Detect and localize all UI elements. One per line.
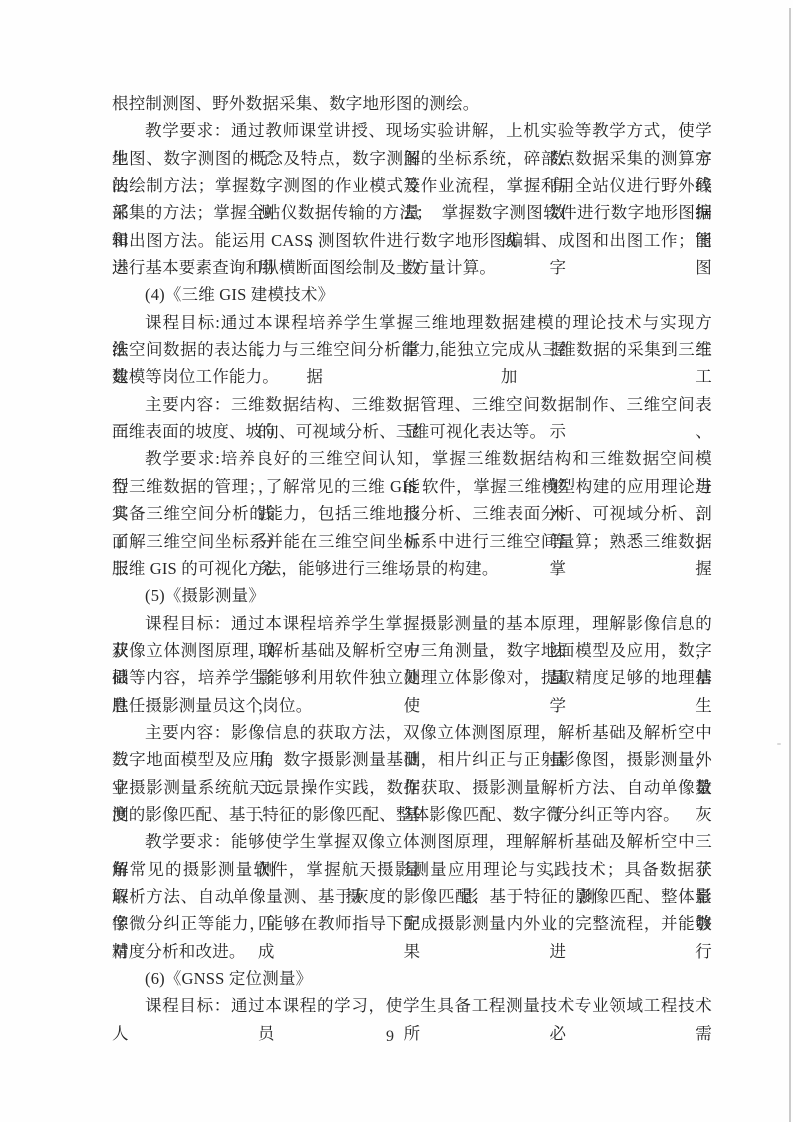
text-line: 度的影像匹配、基于特征的影像匹配、整体影像匹配、数字微分纠正等内容。 — [112, 801, 712, 828]
text-line: 课程目标：通过本课程的学习，使学生具备工程测量技术专业领域工程技术人员所必需 — [112, 992, 712, 1019]
text-line: 础等内容，培养学生能够利用软件独立处理立体影像对，提取精度足够的地理信息，使学生 — [112, 664, 712, 691]
text-line: 教学要求：能够使学生掌握双像立体测图原理，理解解析基础及解析空中三角测量，了 — [112, 828, 712, 855]
text-line: 地图、数字测图的概念及特点，数字测图的坐标系统，碎部点数据采集的测算方法，等高线 — [112, 145, 712, 172]
text-line: 解析方法、自动单像量测、基于灰度的影像匹配、基于特征的影像匹配、整体影像匹配、数 — [112, 883, 712, 910]
text-line: 根控制测图、野外数据采集、数字地形图的测绘。 — [112, 90, 712, 117]
text-line: 教学要求：通过教师课堂讲授、现场实验讲解，上机实验等教学方式，使学生了解数字 — [112, 117, 712, 144]
text-line: 数字地面模型及应用，数字摄影测量基础，相片纠正与正射影像图，摄影测量外业工作，数 — [112, 746, 712, 773]
text-line: 主要内容：影像信息的获取方法，双像立体测图原理，解析基础及解析空中三角测量， — [112, 719, 712, 746]
text-line: 课程目标:通过本课程培养学生掌握三维地理数据建模的理论技术与实现方法，掌握三 — [112, 309, 712, 336]
text-line: 了解三维空间坐标系并能在三维空间坐标系中进行三维空间量算；熟悉三维数据服务，掌握 — [112, 528, 712, 555]
text-line: 课程目标：通过本课程培养学生掌握摄影测量的基本原理，理解影像信息的获取方法， — [112, 610, 712, 637]
scan-edge-artifact — [789, 8, 791, 1122]
text-line: 和出图方法。能运用 CASS 测图软件进行数字地形图编辑、成图和出图工作；能运用… — [112, 227, 712, 254]
text-line: (4)《三维 GIS 建模技术》 — [112, 281, 712, 308]
text-line: 主要内容：三维数据结构、三维数据管理、三维空间数据制作、三维空间表面的显示、 — [112, 391, 712, 418]
text-line: 字微分纠正等能力，能够在教师指导下完成摄影测量内外业的完整流程，并能够对成果进行 — [112, 910, 712, 937]
text-line: 的绘制方法；掌握数字测图的作业模式及作业流程，掌握利用全站仪进行野外碎部测量数据 — [112, 172, 712, 199]
text-line: 采集的方法；掌握全站仪数据传输的方法； 掌握数字测图软件进行数字地形图编辑、成图 — [112, 199, 712, 226]
text-line: 维空间数据的表达能力与三维空间分析能力,能独立完成从三维数据的采集到三维数据加工 — [112, 336, 712, 363]
text-line: 教学要求:培养良好的三维空间认知，掌握三维数据结构和三维数据空间模型，能够进 — [112, 445, 712, 472]
text-line: 具备三维空间分析的能力，包括三维地形分析、三维表面分析、可视域分析、剖面分析等； — [112, 500, 712, 527]
text-line: (6)《GNSS 定位测量》 — [112, 965, 712, 992]
page-number: 9 — [0, 1023, 780, 1050]
document-page: 根控制测图、野外数据采集、数字地形图的测绘。教学要求：通过教师课堂讲授、现场实验… — [0, 0, 793, 1122]
text-line: 双像立体测图原理，解析基础及解析空中三角测量，数字地面模型及应用，数字摄影测量基 — [112, 637, 712, 664]
text-line: 行三维数据的管理；了解常见的三维 GIS 软件，掌握三维模型构建的应用理论与实践… — [112, 473, 712, 500]
scan-speck-artifact — [777, 743, 781, 745]
body-text: 根控制测图、野外数据采集、数字地形图的测绘。教学要求：通过教师课堂讲授、现场实验… — [112, 90, 712, 1020]
text-line: (5)《摄影测量》 — [112, 582, 712, 609]
text-line: 字摄影测量系统航天远景操作实践，数据获取、摄影测量解析方法、自动单像量测、基于灰 — [112, 774, 712, 801]
text-line: 解常见的摄影测量软件，掌握航天摄影测量应用理论与实践技术；具备数据获取、摄影测量 — [112, 856, 712, 883]
